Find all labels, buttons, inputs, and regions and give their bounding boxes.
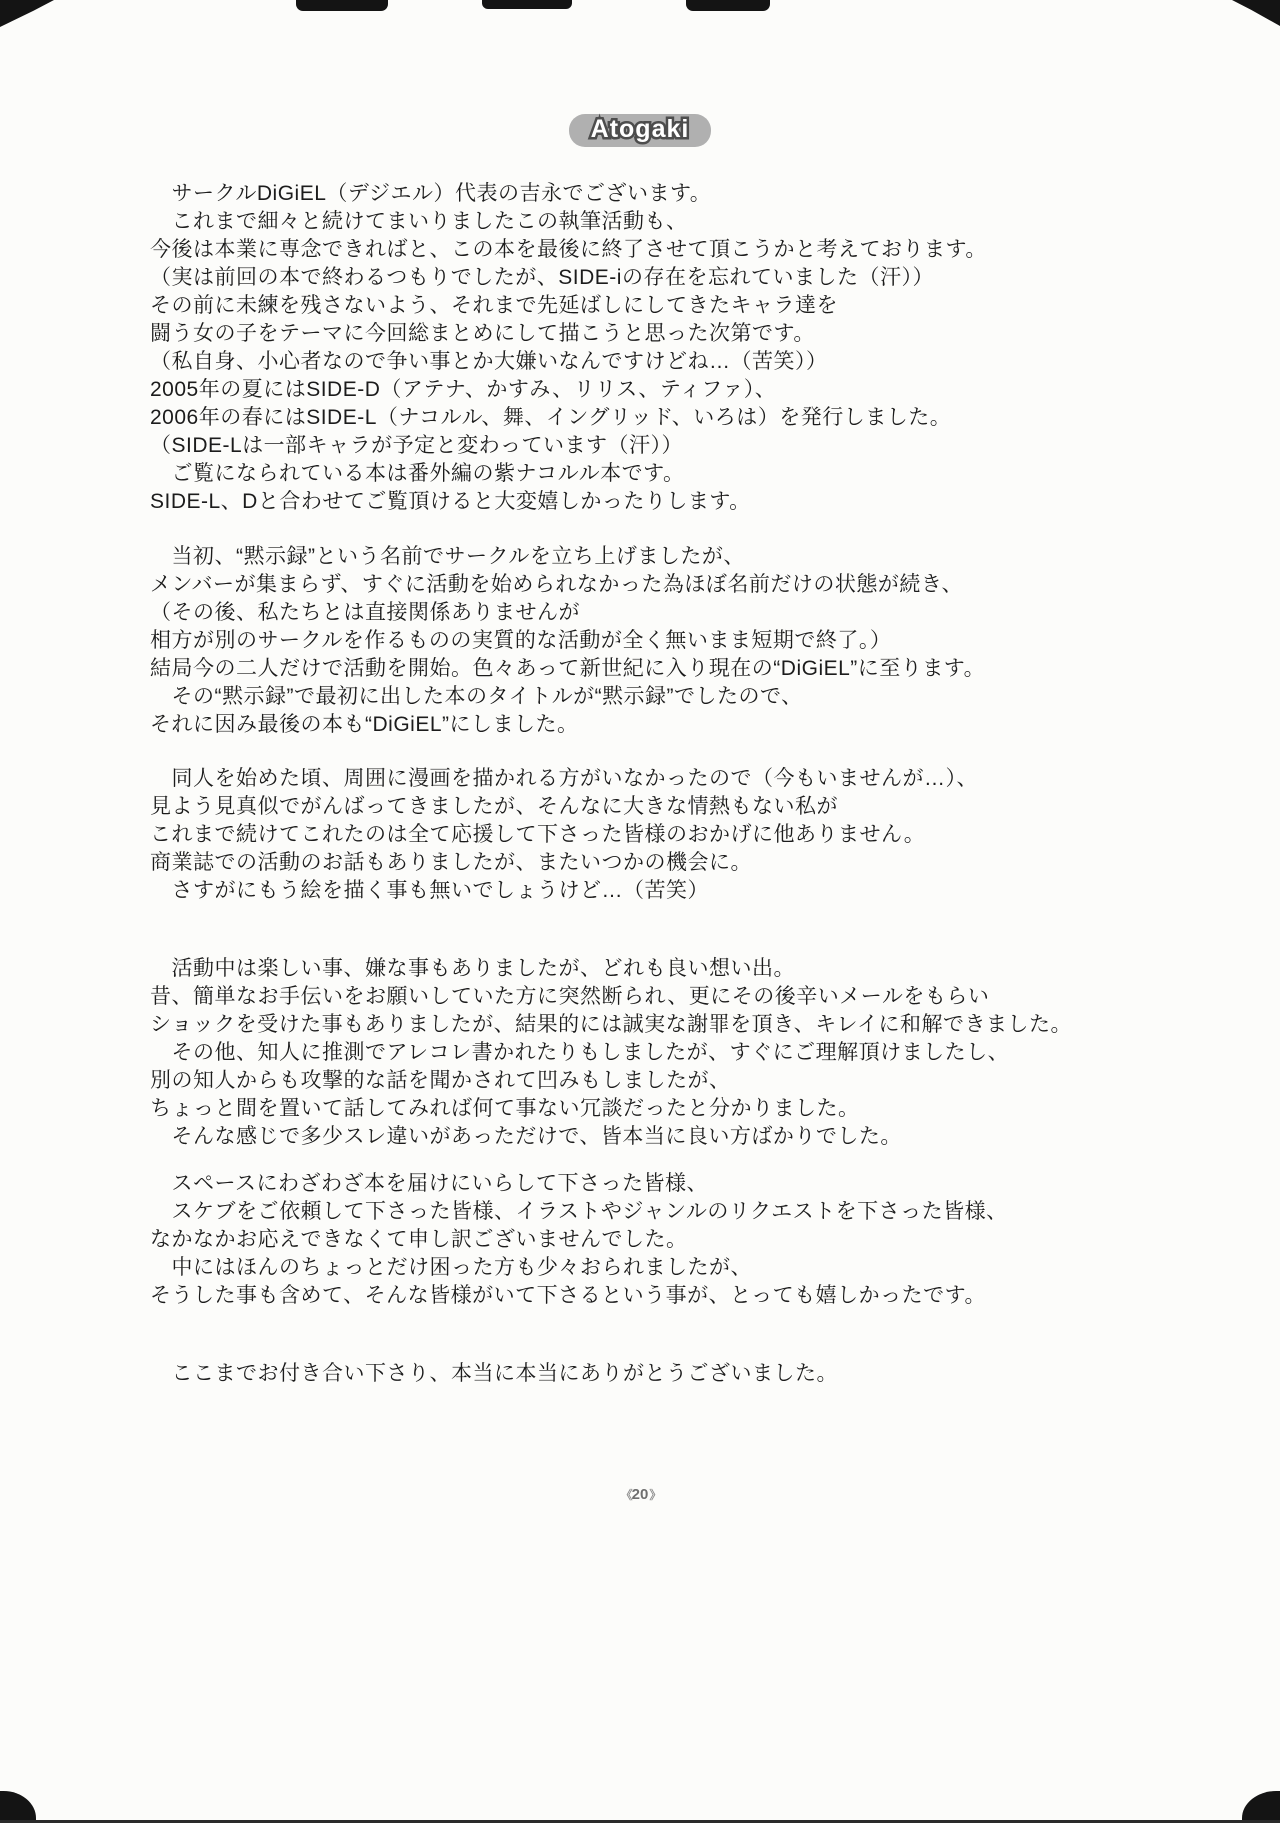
text-line: SIDE-L、Dと合わせてご覧頂けると大変嬉しかったりします。 (150, 488, 1160, 516)
text-line: （私自身、小心者なので争い事とか大嫌いなんですけどね…（苦笑）） (150, 348, 1160, 376)
page-number: 《 20 》 (0, 1486, 1280, 1503)
page-number-right-ornament: 》 (649, 1486, 659, 1503)
paragraph: 当初、“黙示録”という名前でサークルを立ち上げましたが、メンバーが集まらず、すぐ… (150, 543, 1160, 739)
text-line: そうした事も含めて、そんな皆様がいて下さるという事が、とっても嬉しかったです。 (150, 1282, 1160, 1310)
text-line: 闘う女の子をテーマに今回総まとめにして描こうと思った次第です。 (150, 320, 1160, 348)
text-line: その“黙示録”で最初に出した本のタイトルが“黙示録”でしたので、 (150, 683, 1160, 711)
text-line: ご覧になられている本は番外編の紫ナコルル本です。 (150, 460, 1160, 488)
text-line: スペースにわざわざ本を届けにいらして下さった皆様、 (150, 1170, 1160, 1198)
text-line: その前に未練を残さないよう、それまで先延ばしにしてきたキャラ達を (150, 292, 1160, 320)
text-line: 商業誌での活動のお話もありましたが、またいつかの機会に。 (150, 849, 1160, 877)
text-line: （実は前回の本で終わるつもりでしたが、SIDE-iの存在を忘れていました（汗）） (150, 264, 1160, 292)
text-line: なかなかお応えできなくて申し訳ございませんでした。 (150, 1226, 1160, 1254)
text-line: 相方が別のサークルを作るものの実質的な活動が全く無いまま短期で終了。） (150, 627, 1160, 655)
paragraph: 活動中は楽しい事、嫌な事もありましたが、どれも良い想い出。昔、簡単なお手伝いをお… (150, 955, 1160, 1151)
text-line: 見よう見真似でがんばってきましたが、そんなに大きな情熱もない私が (150, 793, 1160, 821)
text-line: （その後、私たちとは直接関係ありませんが (150, 599, 1160, 627)
text-line: スケブをご依頼して下さった皆様、イラストやジャンルのリクエストを下さった皆様、 (150, 1198, 1160, 1226)
text-line: 結局今の二人だけで活動を開始。色々あって新世紀に入り現在の“DiGiEL”に至り… (150, 655, 1160, 683)
text-line: これまで続けてこれたのは全て応援して下さった皆様のおかげに他ありません。 (150, 821, 1160, 849)
text-line: 中にはほんのちょっとだけ困った方も少々おられましたが、 (150, 1254, 1160, 1282)
scan-artifact-bottom-left (0, 1791, 36, 1823)
scan-artifact-top-blob-3 (686, 0, 770, 11)
scan-artifact-bottom-right (1242, 1791, 1280, 1823)
page-number-left-ornament: 《 (621, 1486, 631, 1503)
text-line: 昔、簡単なお手伝いをお願いしていた方に突然断られ、更にその後辛いメールをもらい (150, 983, 1160, 1011)
page-title: Atogaki (591, 115, 690, 144)
scan-artifact-top-blob-1 (296, 0, 388, 11)
title-banner: Atogaki (569, 114, 712, 147)
page-header: Atogaki (0, 114, 1280, 147)
text-line: 2005年の夏にはSIDE-D（アテナ、かすみ、リリス、ティファ）、 (150, 376, 1160, 404)
text-line: メンバーが集まらず、すぐに活動を始められなかった為ほぼ名前だけの状態が続き、 (150, 571, 1160, 599)
text-line: 同人を始めた頃、周囲に漫画を描かれる方がいなかったので（今もいませんが…）、 (150, 765, 1160, 793)
scan-artifact-top-blob-2 (482, 0, 572, 9)
text-line: その他、知人に推測でアレコレ書かれたりもしましたが、すぐにご理解頂けましたし、 (150, 1039, 1160, 1067)
scan-artifact-top-right (1232, 0, 1280, 26)
paragraph: サークルDiGiEL（デジエル）代表の吉永でございます。 これまで細々と続けてま… (150, 180, 1160, 516)
paragraph: ここまでお付き合い下さり、本当に本当にありがとうございました。 (150, 1360, 1160, 1388)
paragraph: スペースにわざわざ本を届けにいらして下さった皆様、 スケブをご依頼して下さった皆… (150, 1170, 1160, 1310)
text-line: （SIDE-Lは一部キャラが予定と変わっています（汗）） (150, 432, 1160, 460)
text-line: サークルDiGiEL（デジエル）代表の吉永でございます。 (150, 180, 1160, 208)
page-number-value: 20 (632, 1486, 649, 1503)
text-line: 2006年の春にはSIDE-L（ナコルル、舞、イングリッド、いろは）を発行しまし… (150, 404, 1160, 432)
afterword-text: サークルDiGiEL（デジエル）代表の吉永でございます。 これまで細々と続けてま… (150, 180, 1160, 1388)
text-line: 別の知人からも攻撃的な話を聞かされて凹みもしましたが、 (150, 1067, 1160, 1095)
text-line: さすがにもう絵を描く事も無いでしょうけど…（苦笑） (150, 877, 1160, 905)
text-line: 当初、“黙示録”という名前でサークルを立ち上げましたが、 (150, 543, 1160, 571)
scan-artifact-top-left (0, 0, 54, 27)
text-line: ちょっと間を置いて話してみれば何て事ない冗談だったと分かりました。 (150, 1095, 1160, 1123)
text-line: これまで細々と続けてまいりましたこの執筆活動も、 (150, 208, 1160, 236)
paragraph: 同人を始めた頃、周囲に漫画を描かれる方がいなかったので（今もいませんが…）、見よ… (150, 765, 1160, 905)
text-line: それに因み最後の本も“DiGiEL”にしました。 (150, 711, 1160, 739)
text-line: 今後は本業に専念できればと、この本を最後に終了させて頂こうかと考えております。 (150, 236, 1160, 264)
text-line: ショックを受けた事もありましたが、結果的には誠実な謝罪を頂き、キレイに和解できま… (150, 1011, 1160, 1039)
text-line: そんな感じで多少スレ違いがあっただけで、皆本当に良い方ばかりでした。 (150, 1123, 1160, 1151)
text-line: ここまでお付き合い下さり、本当に本当にありがとうございました。 (150, 1360, 1160, 1388)
text-line: 活動中は楽しい事、嫌な事もありましたが、どれも良い想い出。 (150, 955, 1160, 983)
